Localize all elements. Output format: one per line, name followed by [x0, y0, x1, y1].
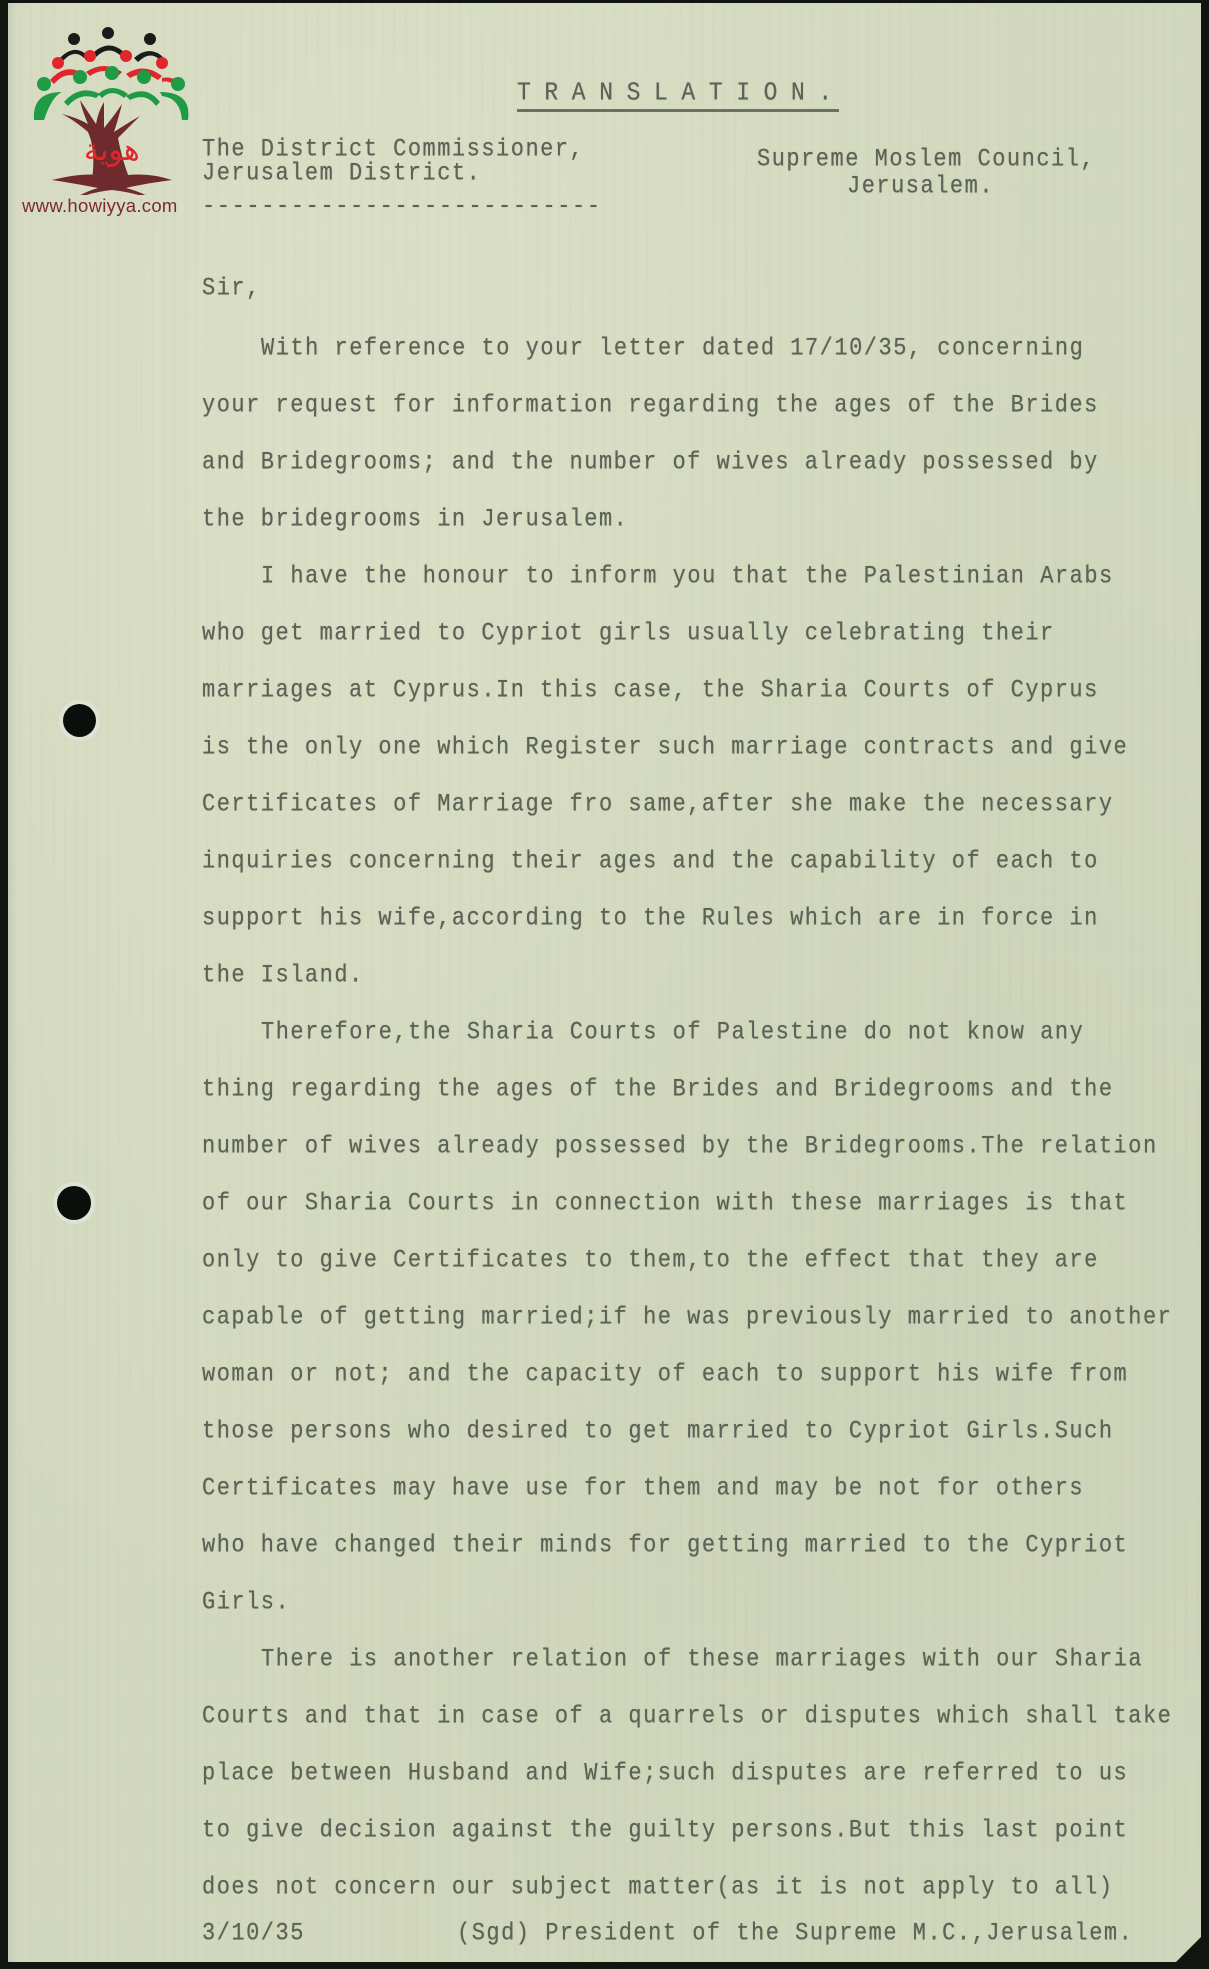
website-url: www.howiyya.com — [22, 195, 178, 217]
body-line: Girls. — [202, 1591, 290, 1616]
body-line: support his wife,according to the Rules … — [202, 907, 1099, 932]
body-line: I have the honour to inform you that the… — [261, 565, 1114, 590]
body-line: is the only one which Register such marr… — [202, 736, 1128, 761]
body-line: of our Sharia Courts in connection with … — [202, 1192, 1128, 1217]
salutation: Sir, — [202, 277, 261, 302]
body-line: does not concern our subject matter(as i… — [202, 1876, 1114, 1901]
body-line: and Bridegrooms; and the number of wives… — [202, 451, 1099, 476]
body-line: Courts and that in case of a quarrels or… — [202, 1705, 1172, 1730]
body-line: woman or not; and the capacity of each t… — [202, 1363, 1128, 1388]
body-line: the bridegrooms in Jerusalem. — [202, 508, 628, 533]
body-line: Certificates may have use for them and m… — [202, 1477, 1084, 1502]
body-line: those persons who desired to get married… — [202, 1420, 1114, 1445]
tree-people-icon: هوية — [22, 20, 202, 195]
body-line: number of wives already possessed by the… — [202, 1135, 1158, 1160]
body-line: your request for information regarding t… — [202, 394, 1099, 419]
title-underline — [517, 109, 839, 112]
body-line: place between Husband and Wife;such disp… — [202, 1762, 1128, 1787]
body-line: to give decision against the guilty pers… — [202, 1819, 1128, 1844]
paper-corner — [1169, 1929, 1209, 1969]
body-line: There is another relation of these marri… — [261, 1648, 1143, 1673]
body-line: who have changed their minds for getting… — [202, 1534, 1128, 1559]
document-title: TRANSLATION. — [517, 81, 846, 107]
howiyya-logo: هوية — [22, 20, 202, 220]
body-line: the Island. — [202, 964, 364, 989]
body-line: who get married to Cypriot girls usually… — [202, 622, 1055, 647]
paper-edge — [8, 3, 18, 1962]
arabic-logo-text: هوية — [84, 133, 140, 168]
body-line: Therefore,the Sharia Courts of Palestine… — [261, 1021, 1084, 1046]
body-line: With reference to your letter dated 17/1… — [261, 337, 1084, 362]
signature-line: (Sgd) President of the Supreme M.C.,Jeru… — [457, 1922, 1133, 1947]
body-line: Certificates of Marriage fro same,after … — [202, 793, 1114, 818]
body-line: inquiries concerning their ages and the … — [202, 850, 1099, 875]
letter-date: 3/10/35 — [202, 1922, 305, 1947]
punch-hole — [57, 1186, 91, 1220]
body-line: marriages at Cyprus.In this case, the Sh… — [202, 679, 1099, 704]
body-line: thing regarding the ages of the Brides a… — [202, 1078, 1114, 1103]
body-line: only to give Certificates to them,to the… — [202, 1249, 1099, 1274]
sender-line-1: Supreme Moslem Council, — [757, 148, 1095, 173]
sender-line-2: Jerusalem. — [847, 175, 994, 200]
recipient-line-2: Jerusalem District. — [202, 162, 481, 187]
body-line: capable of getting married;if he was pre… — [202, 1306, 1172, 1331]
punch-hole — [63, 704, 96, 737]
separator-rule: --------------------------- — [202, 195, 602, 220]
